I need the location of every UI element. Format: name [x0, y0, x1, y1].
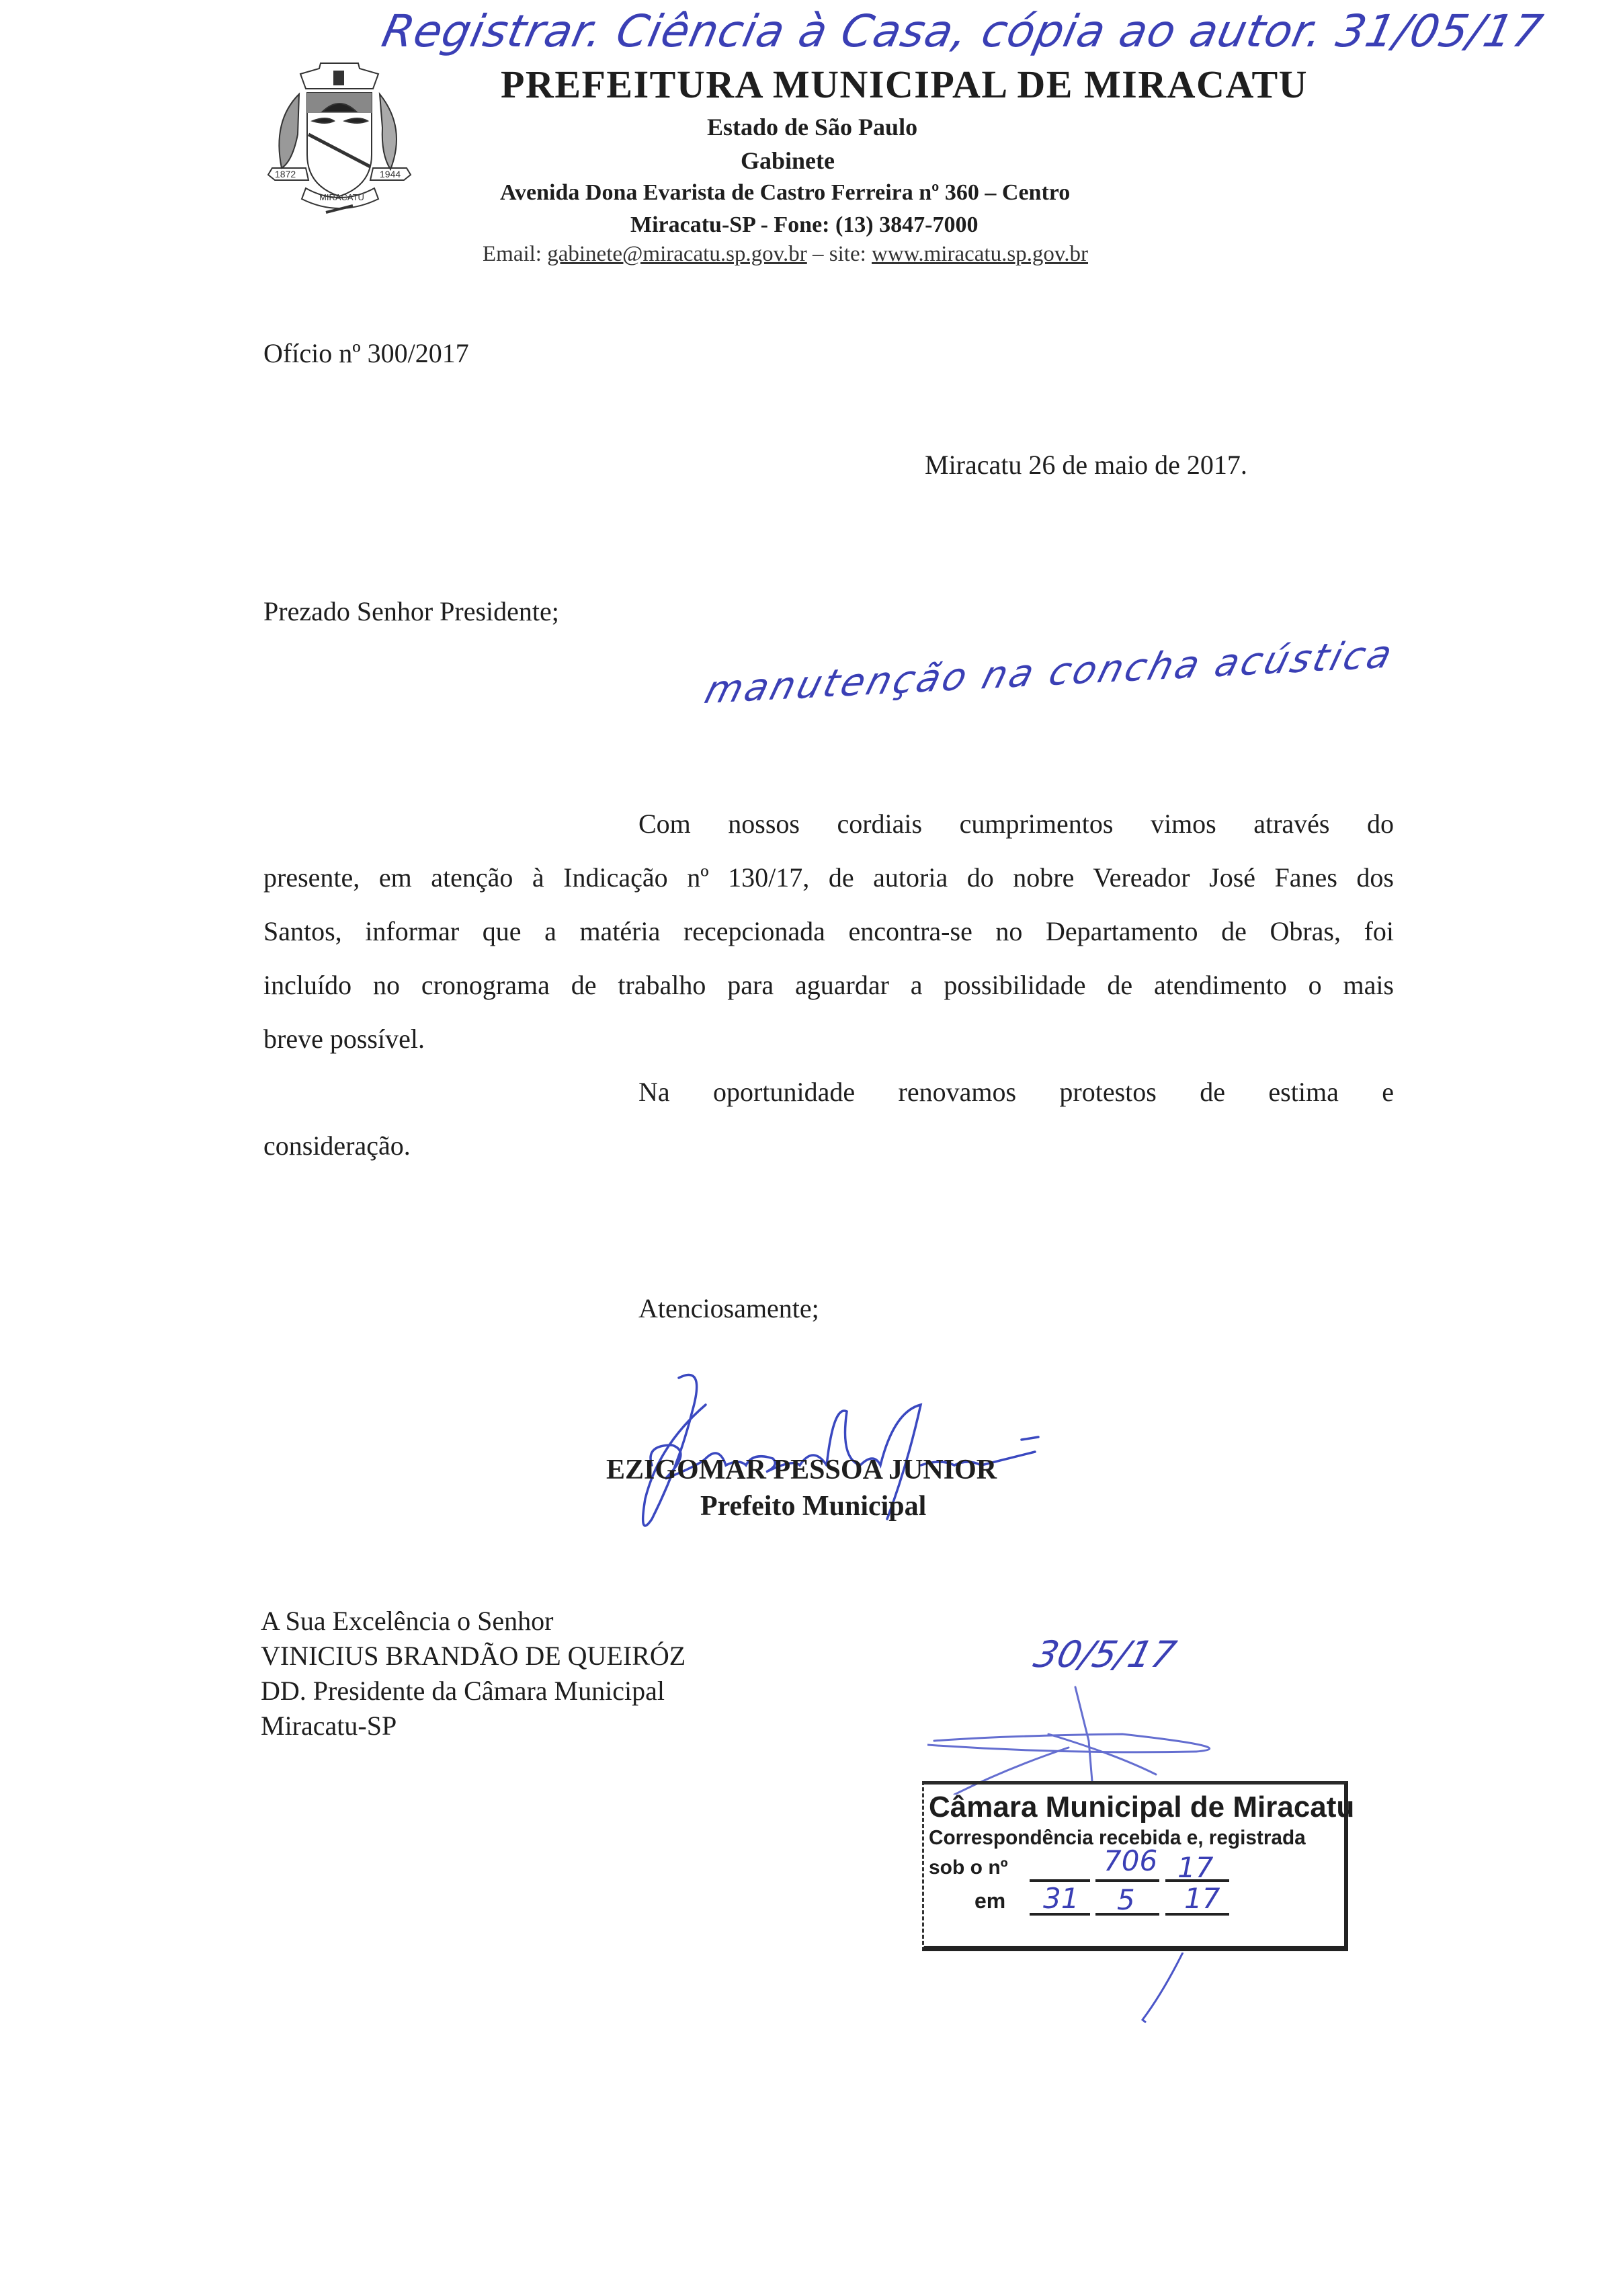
paragraph-line: presente, em atenção à Indicação nº 130/… [263, 864, 1394, 918]
svg-text:1944: 1944 [380, 169, 401, 179]
reception-stamp: Câmara Municipal de Miracatu Correspondê… [922, 1781, 1352, 1955]
paragraph-line: Com nossos cordiais cumprimentos vimos a… [263, 811, 1394, 864]
initials-scribble-icon [927, 1680, 1277, 1795]
letterhead-state: Estado de São Paulo [707, 113, 917, 141]
stamp-date-label: em [974, 1889, 1005, 1914]
addressee-name: VINICIUS BRANDÃO DE QUEIRÓZ [261, 1639, 686, 1674]
salutation: Prezado Senhor Presidente; [263, 598, 559, 625]
stamp-registry-year: 17 [1177, 1851, 1213, 1884]
handwritten-subject-note: manutenção na concha acústica [700, 632, 1399, 713]
letterhead-department: Gabinete [741, 147, 835, 175]
stamp-date-year: 17 [1184, 1882, 1220, 1915]
handwritten-received-date: 30/5/17 [1030, 1633, 1180, 1676]
stamp-number-field-1 [1030, 1856, 1090, 1882]
paragraph-line: Na oportunidade renovamos protestos de e… [263, 1079, 1394, 1133]
letterhead-address: Avenida Dona Evarista de Castro Ferreira… [500, 180, 1070, 206]
stamp-registry-number: 706 [1104, 1844, 1157, 1877]
paragraph-line: incluído no cronograma de trabalho para … [263, 972, 1394, 1026]
closing: Atenciosamente; [638, 1295, 819, 1322]
handwritten-dispatch-note: Registrar. Ciência à Casa, cópia ao auto… [378, 5, 1548, 57]
signer-name: EZIGOMAR PESSOA JUNIOR [606, 1456, 997, 1484]
stamp-date-day: 31 [1043, 1882, 1079, 1915]
letterhead-title: PREFEITURA MUNICIPAL DE MIRACATU [501, 62, 1308, 107]
paragraph-line: breve possível. [263, 1026, 1394, 1079]
site-label: – site: [813, 242, 866, 266]
stamp-date-month: 5 [1117, 1883, 1135, 1916]
email-link[interactable]: gabinete@miracatu.sp.gov.br [547, 242, 807, 266]
addressee-block: A Sua Excelência o Senhor VINICIUS BRAND… [261, 1604, 686, 1744]
letterhead-contact: Email: gabinete@miracatu.sp.gov.br – sit… [483, 242, 1088, 267]
body-paragraph-1: Com nossos cordiais cumprimentos vimos a… [263, 811, 1394, 1079]
stamp-title: Câmara Municipal de Miracatu [929, 1791, 1354, 1824]
email-label: Email: [483, 242, 542, 266]
letter-date: Miracatu 26 de maio de 2017. [925, 452, 1247, 479]
addressee-title: DD. Presidente da Câmara Municipal [261, 1674, 686, 1709]
paragraph-line: consideração. [263, 1133, 1394, 1186]
signer-role: Prefeito Municipal [700, 1492, 926, 1520]
addressee-city: Miracatu-SP [261, 1709, 686, 1744]
paragraph-line: Santos, informar que a matéria recepcion… [263, 918, 1394, 972]
body-paragraph-2: Na oportunidade renovamos protestos de e… [263, 1079, 1394, 1186]
svg-text:1872: 1872 [275, 169, 296, 179]
office-reference-number: Ofício nº 300/2017 [263, 340, 469, 367]
addressee-line: A Sua Excelência o Senhor [261, 1604, 686, 1639]
pen-stroke-icon [1136, 1953, 1190, 2026]
svg-text:MIRACATU: MIRACATU [319, 192, 364, 202]
site-link[interactable]: www.miracatu.sp.gov.br [872, 242, 1088, 266]
municipal-crest-icon: 1872 1944 MIRACATU [259, 54, 420, 222]
stamp-number-label: sob o nº [929, 1856, 1008, 1879]
letterhead-city-phone: Miracatu-SP - Fone: (13) 3847-7000 [630, 212, 978, 238]
